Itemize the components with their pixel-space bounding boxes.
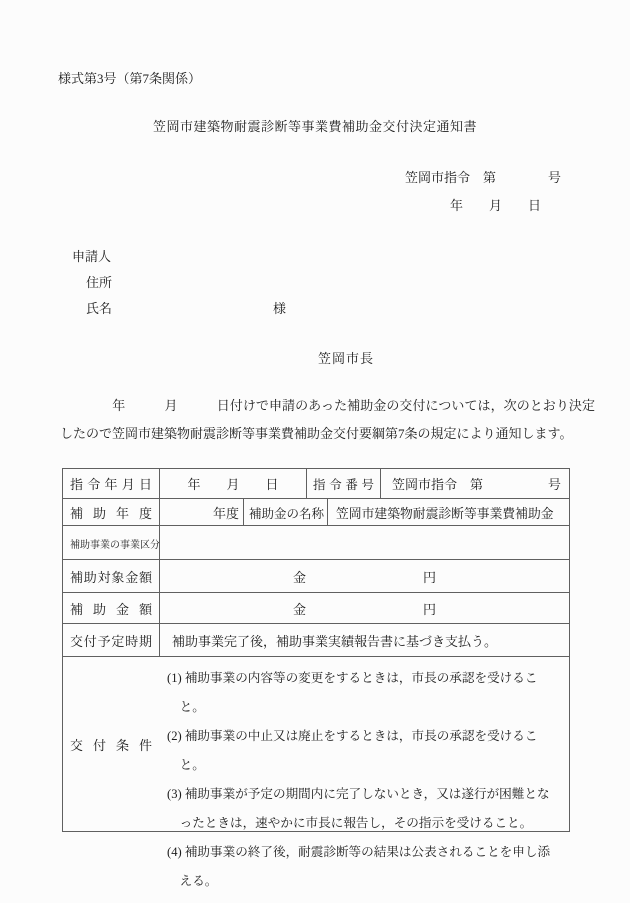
directive-number-line: 笠岡市指令 第 号: [405, 167, 561, 186]
name-label: 氏名: [86, 298, 112, 317]
table-row-subsidy-amount: 補助金額 金 円: [63, 592, 569, 623]
grant-condition-item-3: (3) 補助事業が予定の期間内に完了しないとき，又は遂行が困難となったときは，速…: [167, 780, 561, 838]
grant-condition-item-1: (1) 補助事業の内容等の変更をするときは，市長の承認を受けること。: [167, 664, 561, 722]
directive-date-label: 指令年月日: [63, 469, 159, 498]
table-row-directive: 指令年月日 年 月 日 指令番号 笠岡市指令 第 号: [63, 469, 569, 498]
date-line: 年 月 日: [450, 195, 541, 214]
grant-condition-item-2: (2) 補助事業の中止又は廃止をするときは，市長の承認を受けること。: [167, 722, 561, 780]
grant-conditions-list: (1) 補助事業の内容等の変更をするときは，市長の承認を受けること。 (2) 補…: [159, 657, 569, 831]
subsidy-table: 指令年月日 年 月 日 指令番号 笠岡市指令 第 号 補助年度 年度 補助金の名…: [62, 468, 570, 832]
table-row-fiscal-year: 補助年度 年度 補助金の名称 笠岡市建築物耐震診断等事業費補助金: [63, 498, 569, 525]
payment-schedule-value: 補助事業完了後，補助事業実績報告書に基づき支払う。: [159, 624, 569, 656]
table-row-payment-schedule: 交付予定時期 補助事業完了後，補助事業実績報告書に基づき支払う。: [63, 623, 569, 656]
subsidy-name-label: 補助金の名称: [243, 499, 327, 526]
fiscal-year-value: 年度: [159, 499, 243, 525]
table-row-eligible-amount: 補助対象金額 金 円: [63, 559, 569, 592]
table-row-grant-conditions: 交付条件 (1) 補助事業の内容等の変更をするときは，市長の承認を受けること。 …: [63, 656, 569, 831]
payment-schedule-label: 交付予定時期: [63, 624, 159, 657]
subsidy-name-value: 笠岡市建築物耐震診断等事業費補助金: [327, 499, 569, 525]
directive-number-label: 指令番号: [306, 469, 380, 498]
form-number: 様式第3号（第7条関係）: [58, 68, 201, 87]
directive-date-value: 年 月 日: [159, 469, 306, 498]
document-page: 様式第3号（第7条関係） 笠岡市建築物耐震診断等事業費補助金交付決定通知書 笠岡…: [0, 0, 630, 903]
fiscal-year-label: 補助年度: [63, 499, 159, 526]
subsidy-amount-value: 金 円: [159, 593, 569, 623]
project-category-label: 補助事業の事業区分: [63, 526, 159, 560]
eligible-amount-label: 補助対象金額: [63, 560, 159, 593]
document-title: 笠岡市建築物耐震診断等事業費補助金交付決定通知書: [0, 116, 630, 135]
honorific-label: 様: [273, 298, 286, 317]
eligible-amount-value: 金 円: [159, 560, 569, 592]
address-label: 住所: [86, 272, 112, 291]
table-row-project-category: 補助事業の事業区分: [63, 525, 569, 559]
grant-conditions-label: 交付条件: [63, 657, 159, 832]
issuer-name: 笠岡市長: [318, 348, 374, 367]
subsidy-amount-label: 補助金額: [63, 593, 159, 624]
body-paragraph: 年 月 日付けで申請のあった補助金の交付については，次のとおり決定したので笠岡市…: [60, 392, 595, 448]
directive-number-value: 笠岡市指令 第 号: [380, 469, 569, 498]
applicant-label: 申請人: [72, 246, 111, 265]
grant-condition-item-4: (4) 補助事業の終了後，耐震診断等の結果は公表されることを申し添える。: [167, 838, 561, 896]
project-category-value: [159, 526, 569, 559]
